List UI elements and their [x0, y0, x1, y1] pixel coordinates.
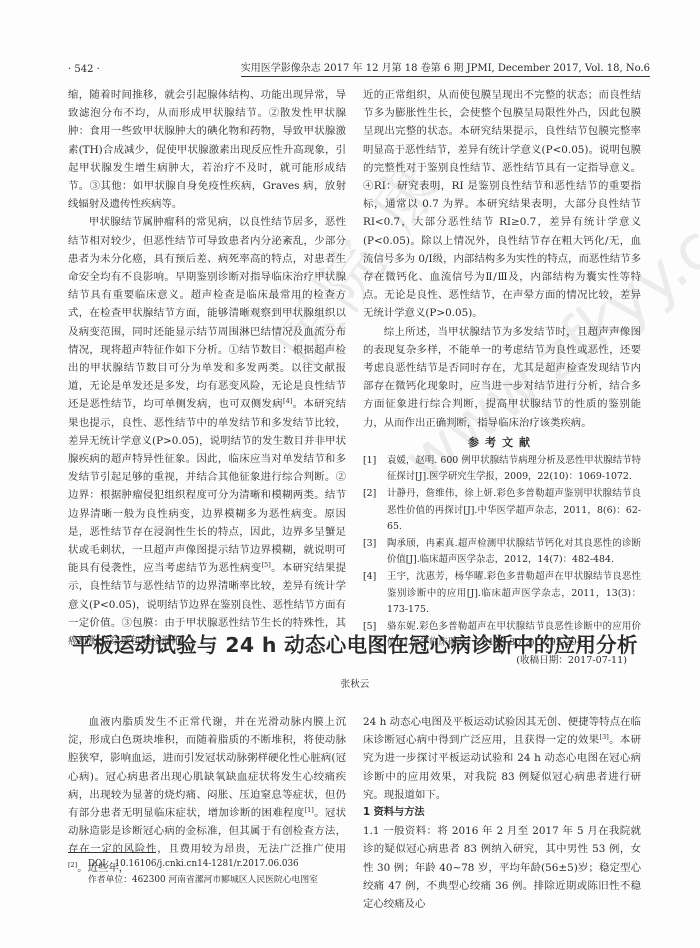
footnote-divider: [68, 852, 156, 853]
article-title: 平板运动试验与 24 h 动态心电图在冠心病诊断中的应用分析: [60, 628, 650, 658]
author-affiliation: 作者单位：462300 河南省漯河市郾城区人民医院心电图室: [88, 872, 358, 888]
citation: [5]: [262, 561, 271, 569]
section-heading: 1 资料与方法: [363, 804, 641, 822]
journal-citation: 实用医学影像杂志 2017 年 12 月第 18 卷第 6 期 JPMI, De…: [241, 62, 650, 77]
prev-article-right-column: 近的正常组织，从而使包膜呈现出不完整的状态；而良性结节多为膨胀性生长，会使整个包…: [363, 86, 641, 669]
citation: [3]: [600, 733, 609, 741]
page-number: · 542 ·: [68, 62, 100, 78]
reference-list: [1] 袁媛，赵明. 600 例甲状腺结节病理分析及恶性甲状腺结节特征探讨[J]…: [363, 453, 641, 652]
references-heading: 参考文献: [363, 434, 641, 452]
reference-item: [1] 袁媛，赵明. 600 例甲状腺结节病理分析及恶性甲状腺结节特征探讨[J]…: [363, 453, 641, 486]
citation: [2]: [68, 861, 77, 869]
paragraph: 甲状腺结节属肿瘤科的常见病，以良性结节居多，恶性结节相对较少，但恶性结节可导致患…: [68, 213, 346, 650]
citation: [4]: [283, 397, 292, 405]
paragraph: 近的正常组织，从而使包膜呈现出不完整的状态；而良性结节多为膨胀性生长，会使整个包…: [363, 86, 641, 323]
page-header: · 542 · 实用医学影像杂志 2017 年 12 月第 18 卷第 6 期 …: [68, 62, 650, 78]
paragraph: 24 h 动态心电图及平板运动试验因其无创、便捷等特点在临床诊断冠心病中得到广泛…: [363, 713, 641, 804]
journal-page: 医院 康 www.zfkyy.cn · 542 · 实用医学影像杂志 2017 …: [0, 0, 700, 948]
article-right-column: 24 h 动态心电图及平板运动试验因其无创、便捷等特点在临床诊断冠心病中得到广泛…: [363, 713, 641, 913]
footnotes: DOI：10.16106/j.cnki.cn14-1281/r.2017.06.…: [88, 856, 358, 888]
citation: [1]: [305, 806, 314, 814]
reference-item: [3] 陶承颀，冉素真.超声检测甲状腺结节钙化对其良恶性的诊断价值[J].临床超…: [363, 536, 641, 569]
prev-article-left-column: 缩，随着时间推移，就会引起腺体结构、功能出现异常，导致滤泡分布不均，从而形成甲状…: [68, 86, 346, 650]
paragraph: 缩，随着时间推移，就会引起腺体结构、功能出现异常，导致滤泡分布不均，从而形成甲状…: [68, 86, 346, 213]
paragraph: 1.1 一般资料：将 2016 年 2 月至 2017 年 5 月在我院就诊的疑…: [363, 822, 641, 913]
reference-item: [2] 计静丹，詹维伟，徐上妍.彩色多普勒超声鉴别甲状腺结节良恶性价值的再探讨[…: [363, 486, 641, 536]
paragraph: 综上所述，当甲状腺结节为多发结节时，且超声声像图的表现复杂多样，不能单一的考虑结…: [363, 323, 641, 432]
doi: DOI：10.16106/j.cnki.cn14-1281/r.2017.06.…: [88, 856, 358, 872]
article-author: 张秋云: [60, 676, 650, 690]
reference-item: [4] 王宇，沈惠芳，杨华曜.彩色多普勒超声在甲状腺结节良恶性鉴别诊断中的应用[…: [363, 569, 641, 619]
